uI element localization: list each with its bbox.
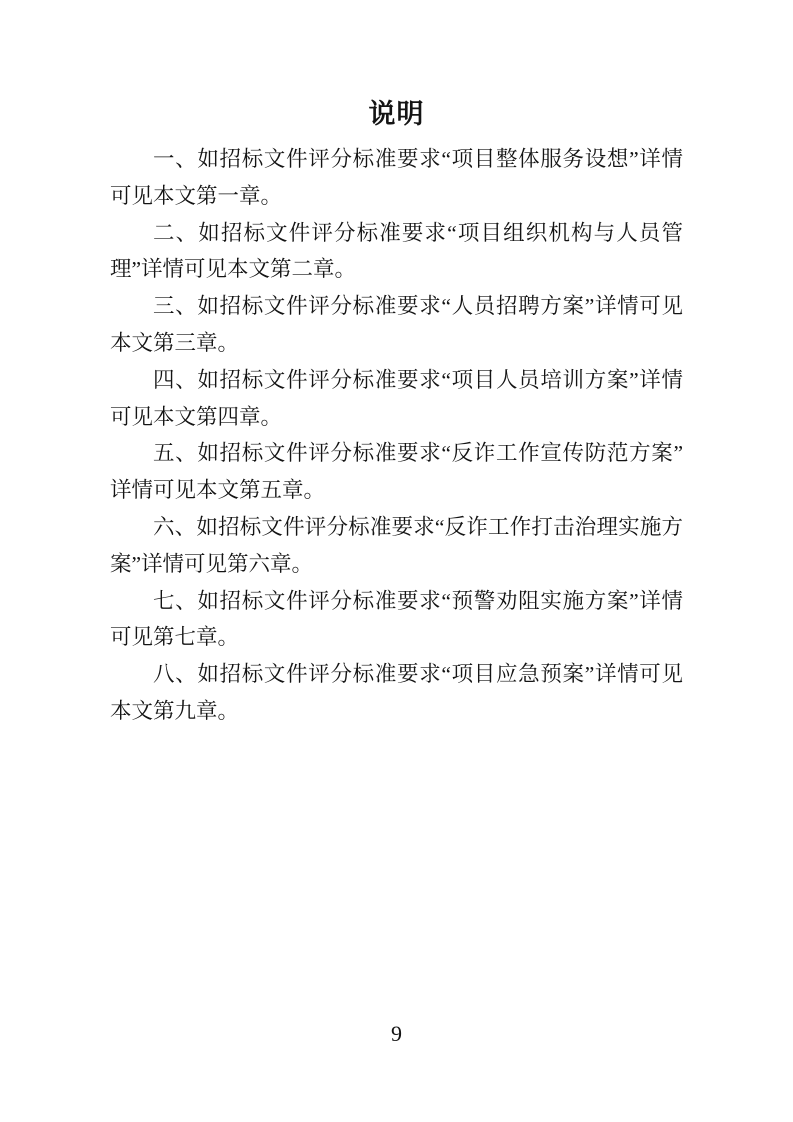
document-body: 说明 一、如招标文件评分标准要求“项目整体服务设想”详情可见本文第一章。 二、如…	[110, 94, 683, 730]
paragraph-item-1: 一、如招标文件评分标准要求“项目整体服务设想”详情可见本文第一章。	[110, 141, 683, 215]
paragraph-item-2: 二、如招标文件评分标准要求“项目组织机构与人员管理”详情可见本文第二章。	[110, 215, 683, 289]
paragraph-item-3: 三、如招标文件评分标准要求“人员招聘方案”详情可见本文第三章。	[110, 288, 683, 362]
paragraph-item-5: 五、如招标文件评分标准要求“反诈工作宣传防范方案”详情可见本文第五章。	[110, 435, 683, 509]
paragraph-item-4: 四、如招标文件评分标准要求“项目人员培训方案”详情可见本文第四章。	[110, 362, 683, 436]
page-footer: 9	[0, 1021, 793, 1047]
document-page: 说明 一、如招标文件评分标准要求“项目整体服务设想”详情可见本文第一章。 二、如…	[0, 0, 793, 1122]
page-number: 9	[391, 1021, 402, 1046]
paragraph-item-7: 七、如招标文件评分标准要求“预警劝阻实施方案”详情可见第七章。	[110, 583, 683, 657]
page-title: 说明	[110, 94, 683, 134]
paragraph-item-6: 六、如招标文件评分标准要求“反诈工作打击治理实施方案”详情可见第六章。	[110, 509, 683, 583]
paragraph-item-8: 八、如招标文件评分标准要求“项目应急预案”详情可见本文第九章。	[110, 656, 683, 730]
